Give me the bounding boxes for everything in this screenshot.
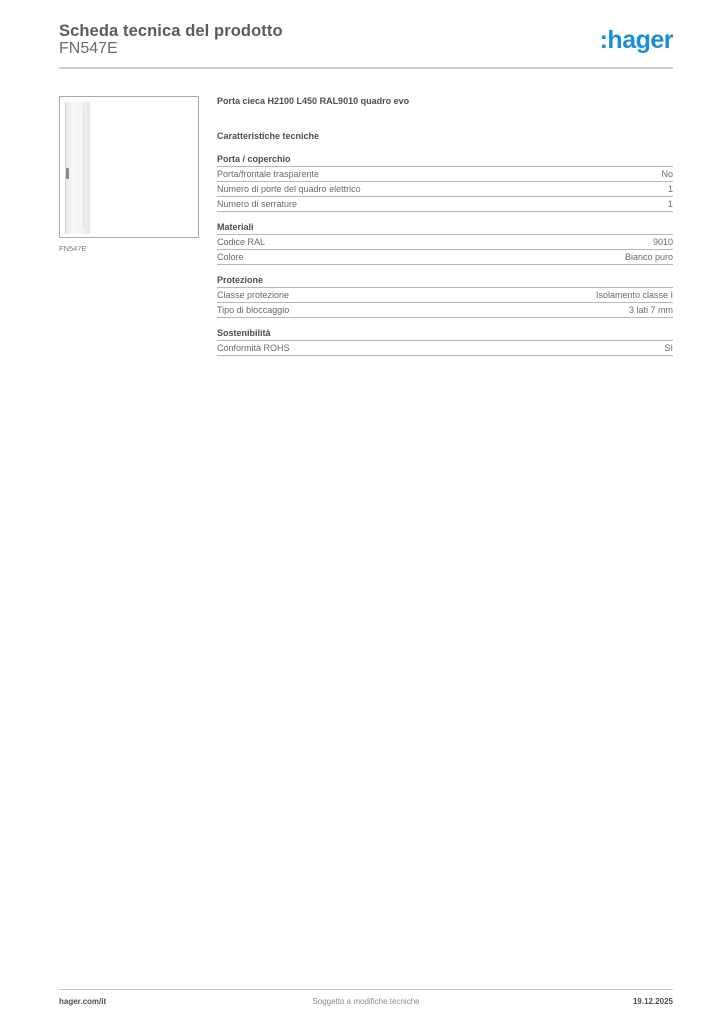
spec-value: 1 bbox=[668, 197, 673, 211]
spec-row: Numero di serrature 1 bbox=[217, 197, 673, 212]
document-title: Scheda tecnica del prodotto bbox=[59, 22, 283, 41]
page-footer: hager.com/it Soggetto a modifiche tecnic… bbox=[59, 997, 673, 1009]
spec-label: Porta/frontale trasparente bbox=[217, 167, 319, 181]
spec-label: Colore bbox=[217, 250, 244, 264]
spec-row: Codice RAL 9010 bbox=[217, 235, 673, 250]
image-caption: FN547E bbox=[59, 244, 87, 253]
spec-value: Isolamento classe I bbox=[596, 288, 673, 302]
section-title: Materiali bbox=[217, 221, 673, 235]
spec-value: No bbox=[661, 167, 673, 181]
section-title: Protezione bbox=[217, 274, 673, 288]
section-title: Sostenibilità bbox=[217, 327, 673, 341]
door-handle-icon bbox=[66, 168, 69, 179]
footer-divider bbox=[59, 989, 673, 990]
spec-value: Sì bbox=[664, 341, 673, 355]
page-header: Scheda tecnica del prodotto FN547E :hage… bbox=[59, 20, 673, 70]
footer-notice: Soggetto a modifiche tecniche bbox=[59, 997, 673, 1006]
spec-row: Conformità ROHS Sì bbox=[217, 341, 673, 356]
spec-value: Bianco puro bbox=[625, 250, 673, 264]
specs-content: Porta cieca H2100 L450 RAL9010 quadro ev… bbox=[217, 94, 673, 365]
footer-date: 19.12.2025 bbox=[633, 997, 673, 1006]
spec-row: Colore Bianco puro bbox=[217, 250, 673, 265]
spec-row: Numero di porte del quadro elettrico 1 bbox=[217, 182, 673, 197]
spec-row: Porta/frontale trasparente No bbox=[217, 167, 673, 182]
section-porta-coperchio: Porta / coperchio Porta/frontale traspar… bbox=[217, 153, 673, 212]
section-title: Porta / coperchio bbox=[217, 153, 673, 167]
spec-label: Numero di porte del quadro elettrico bbox=[217, 182, 361, 196]
spec-label: Numero di serrature bbox=[217, 197, 297, 211]
spec-label: Codice RAL bbox=[217, 235, 265, 249]
spec-value: 3 lati 7 mm bbox=[629, 303, 673, 317]
product-name: Porta cieca H2100 L450 RAL9010 quadro ev… bbox=[217, 94, 673, 108]
hager-logo: :hager bbox=[600, 26, 673, 54]
door-panel-icon bbox=[65, 102, 90, 234]
tech-specs-heading: Caratteristiche tecniche bbox=[217, 129, 673, 143]
section-protezione: Protezione Classe protezione Isolamento … bbox=[217, 274, 673, 318]
product-image bbox=[59, 96, 199, 238]
section-materiali: Materiali Codice RAL 9010 Colore Bianco … bbox=[217, 221, 673, 265]
spec-value: 9010 bbox=[653, 235, 673, 249]
section-sostenibilita: Sostenibilità Conformità ROHS Sì bbox=[217, 327, 673, 356]
spec-row: Classe protezione Isolamento classe I bbox=[217, 288, 673, 303]
spec-label: Classe protezione bbox=[217, 288, 289, 302]
header-divider bbox=[59, 67, 673, 69]
product-code: FN547E bbox=[59, 40, 118, 58]
spec-label: Tipo di bloccaggio bbox=[217, 303, 289, 317]
spec-label: Conformità ROHS bbox=[217, 341, 290, 355]
spec-row: Tipo di bloccaggio 3 lati 7 mm bbox=[217, 303, 673, 318]
spec-value: 1 bbox=[668, 182, 673, 196]
